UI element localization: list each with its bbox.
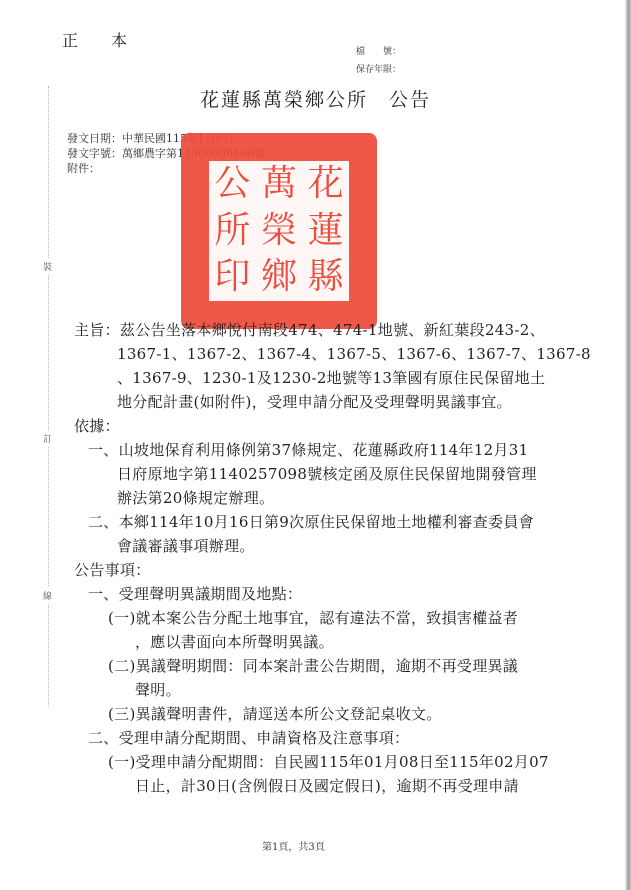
basis-heading: 依據： — [74, 415, 120, 436]
seal-char: 印 — [209, 254, 256, 301]
file-number-label: 檔 號： — [356, 44, 401, 57]
page-number: 第1頁，共3頁 — [262, 838, 325, 853]
official-seal: 花 萬 公 蓮 榮 所 縣 鄉 印 — [181, 133, 377, 329]
seal-char: 蓮 — [302, 208, 349, 255]
seal-char: 縣 — [302, 254, 349, 301]
basis-item-1-line-2: 日府原地字第1140257098號核定函及原住民保留地開發管理 — [117, 463, 537, 484]
retention-label: 保存年限： — [356, 62, 401, 75]
basis-item-2-line-1: 二、本鄉114年10月16日第9次原住民保留地土地權利審查委員會 — [88, 511, 534, 532]
announcement-item-1-sub-2-line-1: (二)異議聲明期間：同本案計畫公告期間，逾期不再受理異議 — [108, 655, 518, 676]
copy-mark: 正 本 — [62, 28, 141, 51]
seal-char: 公 — [209, 161, 256, 208]
binding-label-zhuang: 裝 — [43, 258, 52, 275]
seal-char: 所 — [209, 208, 256, 255]
page-title: 花蓮縣萬榮鄉公所 公告 — [200, 85, 431, 112]
announcement-item-1-sub-2-line-2: 聲明。 — [135, 679, 181, 700]
seal-char: 萬 — [256, 161, 303, 208]
binding-label-ding: 訂 — [43, 430, 52, 447]
announcement-item-1: 一、受理聲明異議期間及地點： — [88, 583, 302, 604]
announcement-item-2-sub-1-line-2: 日止，計30日(含例假日及國定假日)，逾期不再受理申請 — [135, 775, 519, 796]
attachment-label: 附件： — [67, 160, 100, 176]
announcement-item-2-sub-1-line-1: (一)受理申請分配期間：自民國115年01月08日至115年02月07 — [108, 751, 549, 772]
announcement-item-1-sub-3: (三)異議聲明書件，請逕送本所公文登記桌收文。 — [108, 703, 442, 724]
binding-line — [48, 86, 49, 706]
announcement-heading: 公告事項： — [74, 559, 151, 580]
basis-item-1-line-3: 辦法第20條規定辦理。 — [117, 487, 274, 508]
page-edge-shadow — [625, 0, 631, 890]
subject-line-1: 主旨：茲公告坐落本鄉悅付南段474、474-1地號、新紅葉段243-2、 — [74, 319, 545, 340]
binding-label-xian: 線 — [43, 587, 52, 604]
announcement-item-2: 二、受理申請分配期間、申請資格及注意事項： — [88, 727, 409, 748]
subject-line-3: 、1367-9、1230-1及1230-2地號等13筆國有原住民保留地土 — [117, 367, 545, 388]
subject-line-2: 1367-1、1367-2、1367-4、1367-5、1367-6、1367-… — [117, 343, 591, 364]
seal-char: 榮 — [256, 208, 303, 255]
subject-line-4: 地分配計畫(如附件)，受理申請分配及受理聲明異議事宜。 — [117, 391, 512, 412]
seal-inner: 花 萬 公 蓮 榮 所 縣 鄉 印 — [209, 161, 349, 301]
basis-item-2-line-2: 會議審議事項辦理。 — [117, 535, 255, 556]
seal-char: 花 — [302, 161, 349, 208]
announcement-item-1-sub-1-line-2: ，應以書面向本所聲明異議。 — [135, 631, 334, 652]
announcement-item-1-sub-1-line-1: (一)就本案公告分配土地事宜，認有違法不當，致損害權益者 — [108, 607, 518, 628]
basis-item-1-line-1: 一、山坡地保育利用條例第37條規定、花蓮縣政府114年12月31 — [88, 439, 529, 460]
seal-char: 鄉 — [256, 254, 303, 301]
